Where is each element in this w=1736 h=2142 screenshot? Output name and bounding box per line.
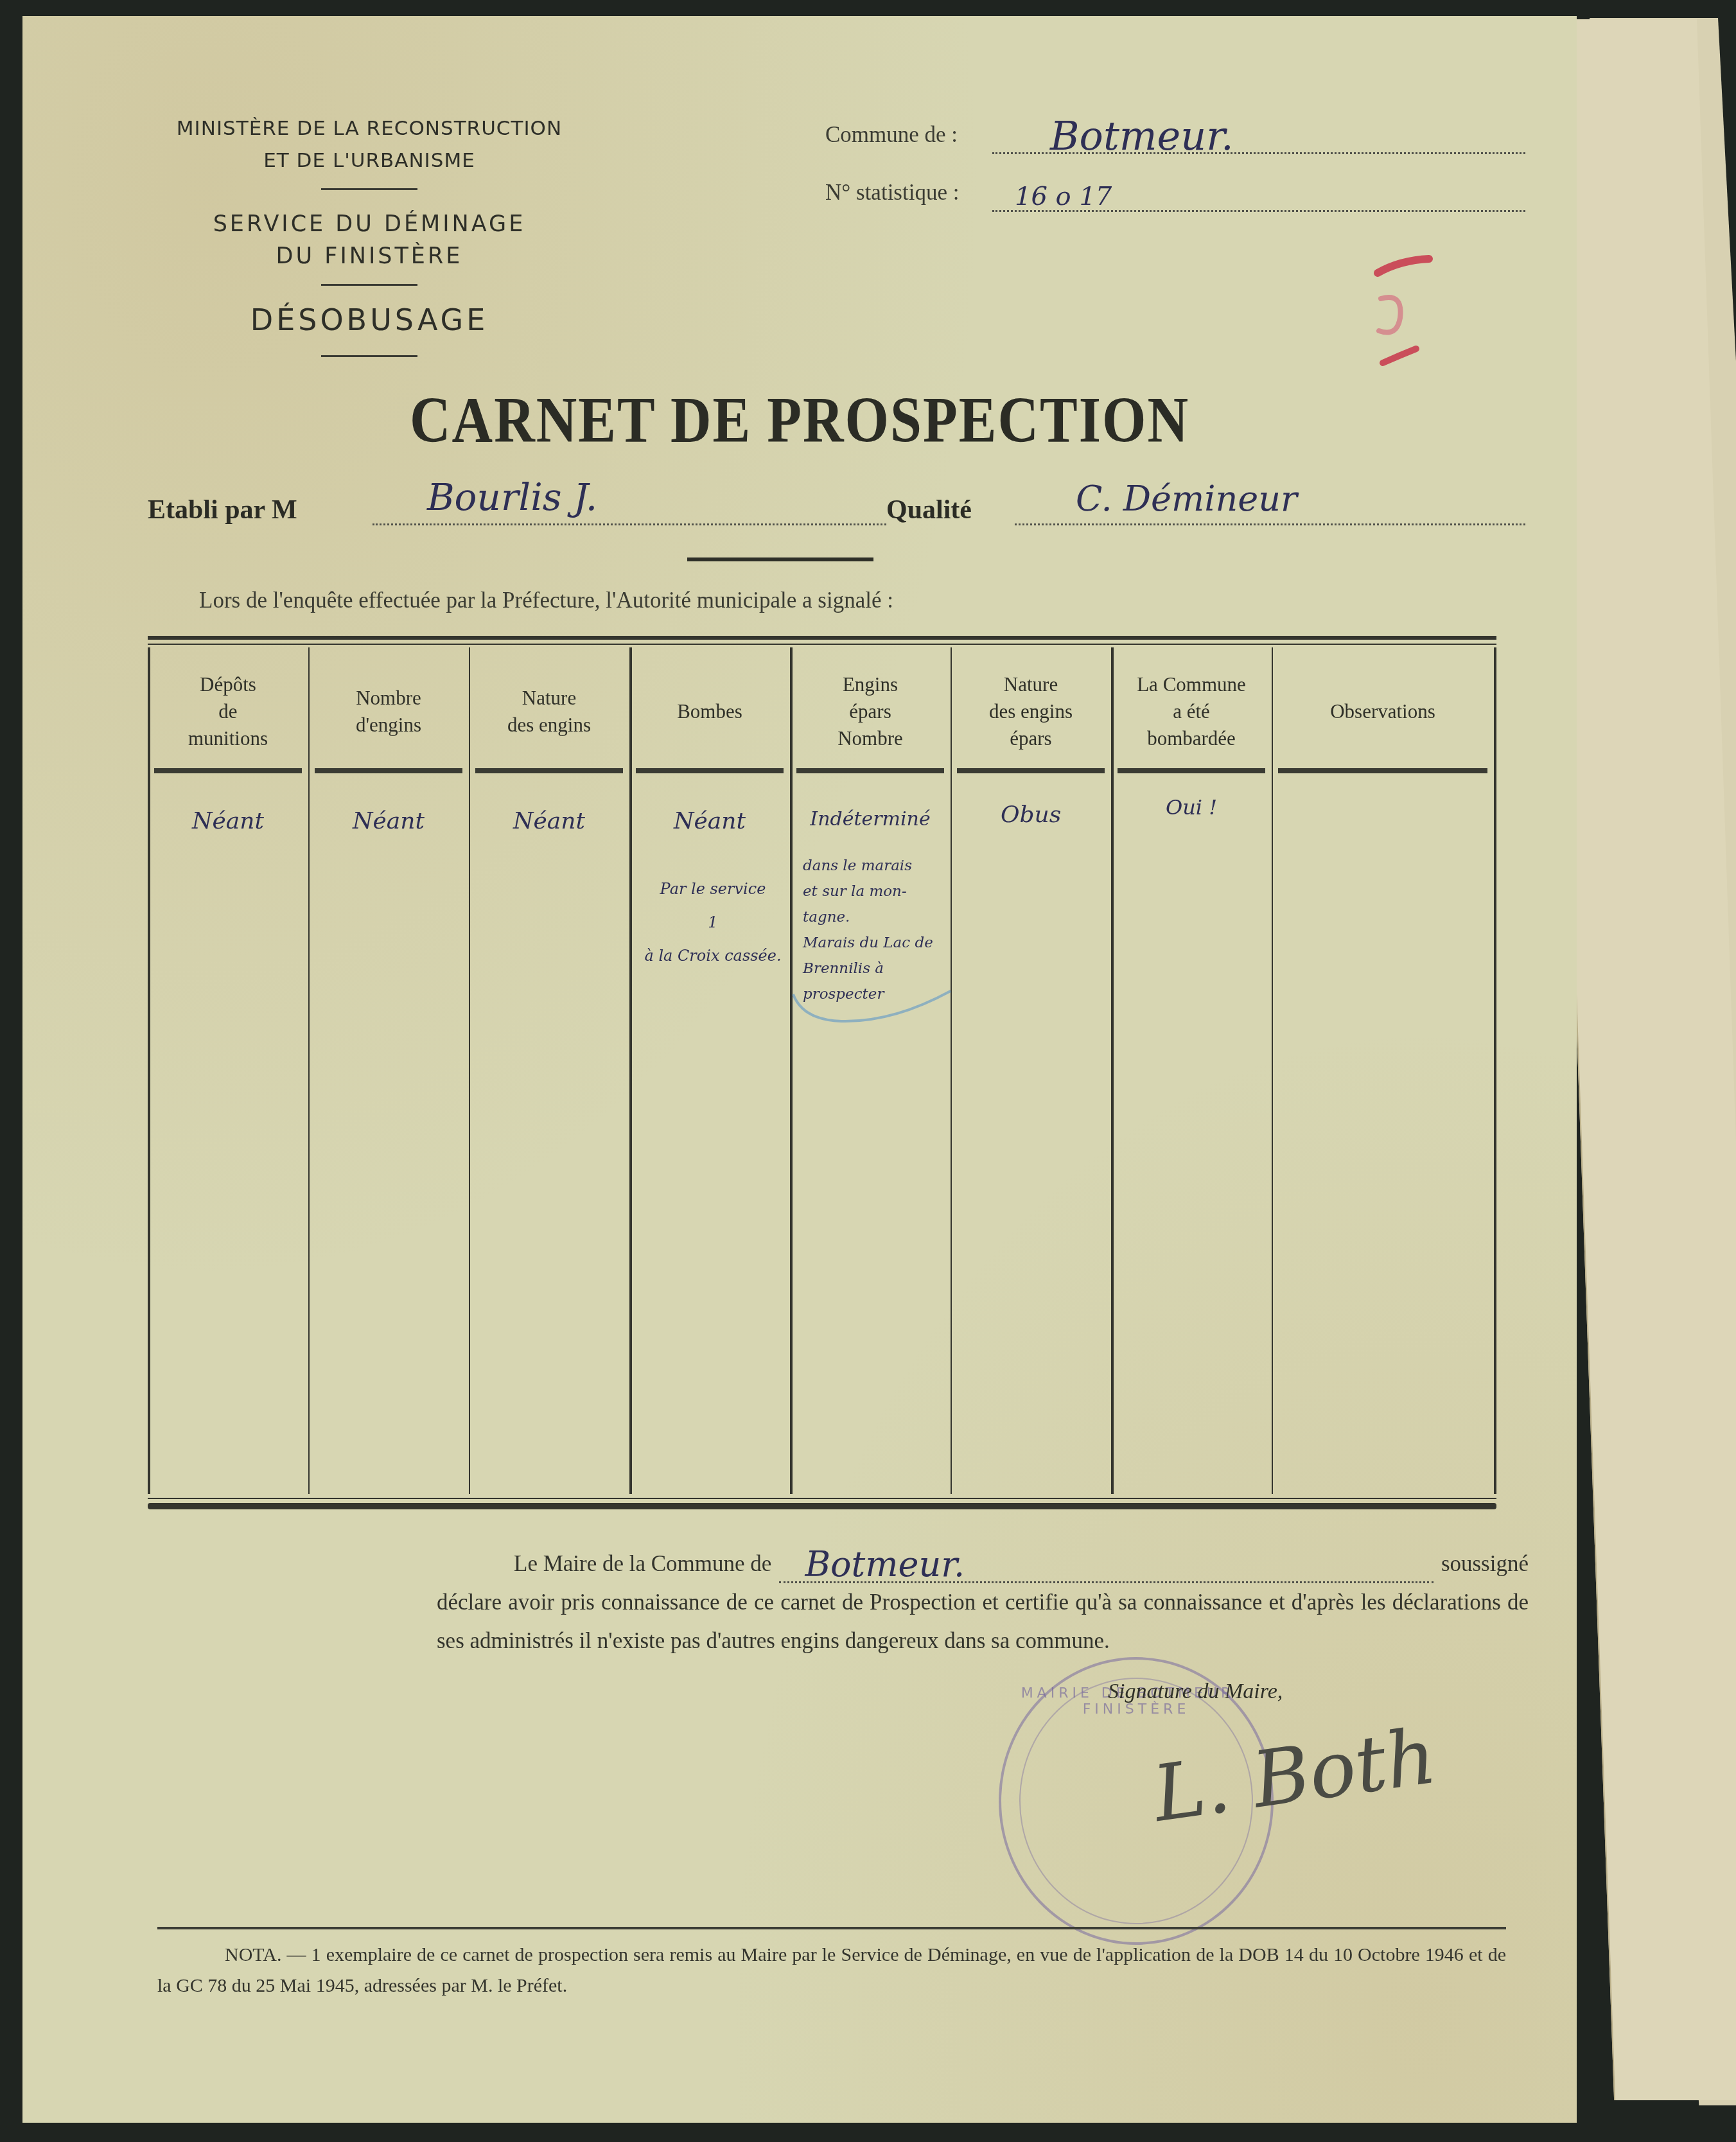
- column-bombes: Bombes Néant Par le service 1 à la Croix…: [629, 647, 790, 1497]
- header-rule: [154, 768, 302, 773]
- signature-label: Signature du Maire,: [1108, 1680, 1283, 1704]
- table-cell: Néant: [315, 808, 462, 834]
- header-rule: [315, 768, 462, 773]
- column-observations: Observations: [1272, 647, 1494, 1497]
- stat-number-value: 16 o 17: [1015, 182, 1112, 211]
- header-rule: [1278, 768, 1487, 773]
- table-cell: Néant: [475, 808, 623, 834]
- document-page: MINISTÈRE DE LA RECONSTRUCTION ET DE L'U…: [22, 16, 1577, 2123]
- established-by-label: Etabli par M: [148, 495, 297, 525]
- service-line1: SERVICE DU DÉMINAGE: [122, 208, 617, 240]
- header-rule: [636, 768, 784, 773]
- declaration-body: déclare avoir pris connaissance de ce ca…: [437, 1583, 1529, 1660]
- divider: [321, 284, 417, 286]
- header-rule: [796, 768, 944, 773]
- divider: [321, 355, 417, 357]
- table-bottom-border: [148, 1498, 1496, 1499]
- column-header: Nombre d'engins: [308, 667, 469, 757]
- column-header: Bombes: [629, 667, 790, 757]
- quality-value: C. Démineur: [1076, 478, 1297, 519]
- mayor-declaration: Le Maire de la Commune de Botmeur. souss…: [437, 1545, 1529, 1660]
- intro-text: Lors de l'enquête effectuée par la Préfe…: [199, 588, 893, 613]
- column-depots-munitions: Dépôts de munitions Néant: [148, 647, 308, 1497]
- column-header: La Commune a été bombardée: [1111, 667, 1272, 757]
- table-cell: Indéterminé: [796, 808, 944, 830]
- quality-line: [1015, 523, 1525, 525]
- column-commune-bombardee: La Commune a été bombardée Oui !: [1111, 647, 1272, 1497]
- table-cell: Néant: [154, 808, 302, 834]
- established-by-line: [373, 523, 886, 525]
- page-title: CARNET DE PROSPECTION: [22, 383, 1577, 458]
- column-nombre-engins: Nombre d'engins Néant: [308, 647, 469, 1497]
- ministry-line1: MINISTÈRE DE LA RECONSTRUCTION: [122, 112, 617, 145]
- column-header: Dépôts de munitions: [148, 667, 308, 757]
- quality-label: Qualité: [886, 495, 972, 525]
- declaration-first-line: Le Maire de la Commune de Botmeur. souss…: [437, 1545, 1529, 1583]
- ministry-line2: ET DE L'URBANISME: [122, 145, 617, 177]
- ministry-header: MINISTÈRE DE LA RECONSTRUCTION ET DE L'U…: [122, 112, 617, 357]
- column-header: Nature des engins: [469, 667, 629, 757]
- blue-pencil-bracket-icon: [790, 981, 957, 1033]
- established-by-value: Bourlis J.: [427, 475, 597, 519]
- divider: [321, 188, 417, 190]
- column-header: Observations: [1272, 667, 1494, 757]
- header-rule: [957, 768, 1105, 773]
- red-pencil-mark-icon: [1365, 247, 1435, 376]
- table-cell: Obus: [957, 802, 1105, 828]
- column-nature-engins: Nature des engins Néant: [469, 647, 629, 1497]
- column-nature-engins-epars: Nature des engins épars Obus: [951, 647, 1111, 1497]
- stat-number-label: N° statistique :: [825, 180, 959, 206]
- table-cell: Oui !: [1118, 795, 1265, 820]
- declaration-prefix: Le Maire de la Commune de: [514, 1545, 771, 1583]
- table-vline: [1494, 647, 1496, 1494]
- table-bottom-border: [148, 1503, 1496, 1509]
- declaration-suffix: soussigné: [1441, 1545, 1529, 1583]
- column-header: Nature des engins épars: [951, 667, 1111, 757]
- column-engins-epars-nombre: Engins épars Nombre Indéterminé dans le …: [790, 647, 951, 1497]
- declaration-commune-line: Botmeur.: [779, 1556, 1433, 1583]
- department-title: DÉSOBUSAGE: [122, 303, 617, 337]
- table-top-border: [148, 636, 1496, 640]
- footer-nota: NOTA. — 1 exemplaire de ce carnet de pro…: [157, 1940, 1506, 2001]
- header-rule: [1118, 768, 1265, 773]
- cell-note: Par le service 1 à la Croix cassée.: [636, 872, 790, 972]
- table-top-border: [148, 644, 1496, 645]
- table-cell: Néant: [636, 808, 784, 834]
- divider: [687, 557, 873, 561]
- service-line2: DU FINISTÈRE: [122, 240, 617, 272]
- declaration-commune-value: Botmeur.: [805, 1545, 965, 1584]
- commune-value: Botmeur.: [1050, 112, 1234, 159]
- commune-label: Commune de :: [825, 122, 958, 148]
- column-header: Engins épars Nombre: [790, 667, 951, 757]
- footer-divider: [157, 1927, 1506, 1929]
- header-rule: [475, 768, 623, 773]
- prospection-table: Dépôts de munitions Néant Nombre d'engin…: [148, 636, 1496, 1509]
